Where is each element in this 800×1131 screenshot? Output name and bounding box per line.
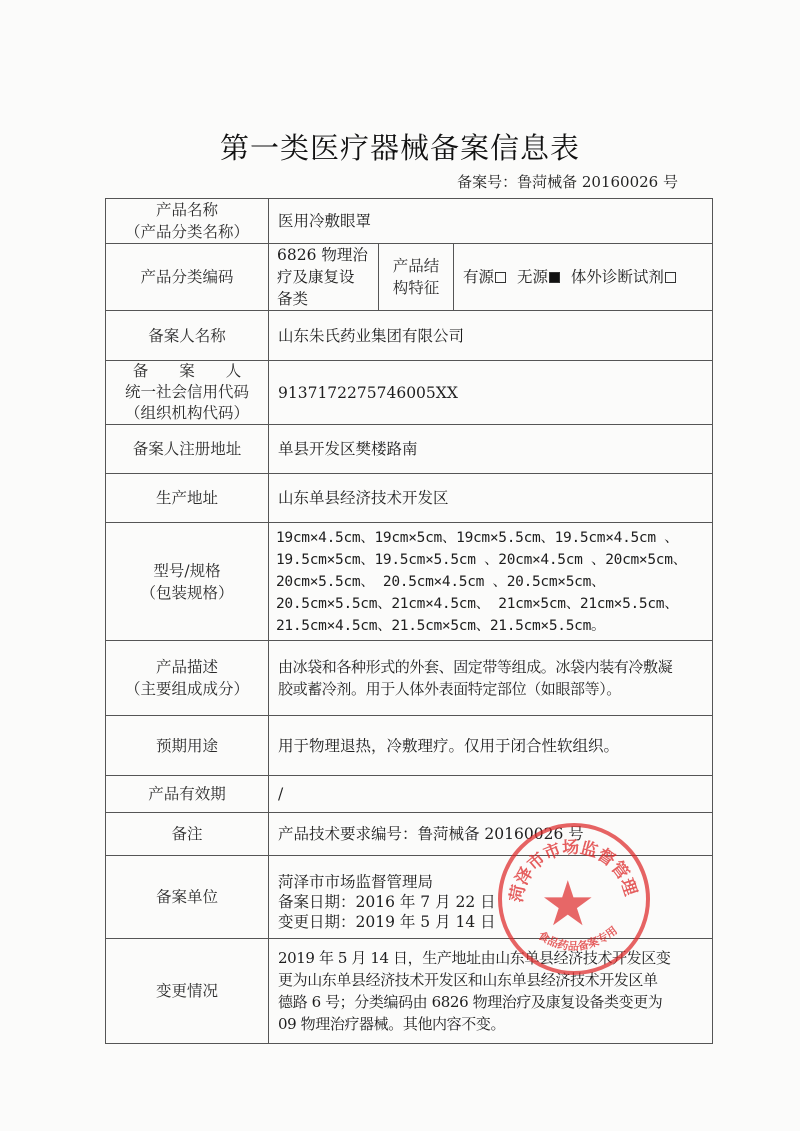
value-intended-use: 用于物理退热，冷敷理疗。仅用于闭合性软组织。 <box>269 716 713 776</box>
filing-date: 备案日期：2016 年 7 月 22 日 <box>278 892 706 912</box>
change-date: 变更日期：2019 年 5 月 14 日 <box>278 912 706 932</box>
option-active: 有源 <box>463 268 512 286</box>
label-model-spec: 型号/规格 （包装规格） <box>106 523 269 641</box>
checkbox-active <box>495 272 506 283</box>
row-credit-code: 备 案 人 统一社会信用代码 （组织机构代码） 9137172275746005… <box>106 361 713 425</box>
value-registered-address: 单县开发区樊楼路南 <box>269 425 713 474</box>
row-description: 产品描述 （主要组成成分） 由冰袋和各种形式的外套、固定带等组成。冰袋内装有冷敷… <box>106 641 713 716</box>
label-classification-code: 产品分类编码 <box>106 244 269 311</box>
row-intended-use: 预期用途 用于物理退热，冷敷理疗。仅用于闭合性软组织。 <box>106 716 713 776</box>
option-ivd: 体外诊断试剂 <box>571 268 682 286</box>
label-filing-unit: 备案单位 <box>106 856 269 939</box>
filing-authority: 菏泽市市场监督管理局 <box>278 872 706 892</box>
checkbox-passive-checked <box>549 272 560 283</box>
label-product-structure: 产品结 构特征 <box>379 244 454 311</box>
value-model-spec: 19cm×4.5cm、19cm×5cm、19cm×5.5cm、19.5cm×4.… <box>269 523 713 641</box>
label-intended-use: 预期用途 <box>106 716 269 776</box>
document-title: 第一类医疗器械备案信息表 <box>0 126 800 167</box>
label-remarks: 备注 <box>106 813 269 856</box>
label-validity: 产品有效期 <box>106 776 269 813</box>
row-product-name: 产品名称 （产品分类名称） 医用冷敷眼罩 <box>106 199 713 244</box>
value-credit-code: 9137172275746005XX <box>269 361 713 425</box>
value-remarks: 产品技术要求编号：鲁菏械备 20160026 号 <box>269 813 713 856</box>
value-classification-code: 6826 物理治 疗及康复设 备类 <box>269 244 379 311</box>
row-remarks: 备注 产品技术要求编号：鲁菏械备 20160026 号 <box>106 813 713 856</box>
value-change-info: 2019 年 5 月 14 日，生产地址由山东单县经济技术开发区变 更为山东单县… <box>269 939 713 1044</box>
label-change-info: 变更情况 <box>106 939 269 1044</box>
label-description: 产品描述 （主要组成成分） <box>106 641 269 716</box>
record-number: 备案号：鲁菏械备 20160026 号 <box>457 171 678 192</box>
row-classification-code: 产品分类编码 6826 物理治 疗及康复设 备类 产品结 构特征 有源 无源 体… <box>106 244 713 311</box>
option-passive: 无源 <box>517 268 566 286</box>
row-model-spec: 型号/规格 （包装规格） 19cm×4.5cm、19cm×5cm、19cm×5.… <box>106 523 713 641</box>
value-description: 由冰袋和各种形式的外套、固定带等组成。冰袋内装有冷敷凝 胶或蓄冷剂。用于人体外表… <box>269 641 713 716</box>
label-credit-code: 备 案 人 统一社会信用代码 （组织机构代码） <box>106 361 269 425</box>
filing-info-table: 产品名称 （产品分类名称） 医用冷敷眼罩 产品分类编码 6826 物理治 疗及康… <box>105 198 713 1044</box>
label-product-name: 产品名称 （产品分类名称） <box>106 199 269 244</box>
structure-options: 有源 无源 体外诊断试剂 <box>454 244 713 311</box>
label-registrant-name: 备案人名称 <box>106 311 269 361</box>
value-production-address: 山东单县经济技术开发区 <box>269 474 713 523</box>
row-registered-address: 备案人注册地址 单县开发区樊楼路南 <box>106 425 713 474</box>
value-validity: / <box>269 776 713 813</box>
label-registered-address: 备案人注册地址 <box>106 425 269 474</box>
value-filing-unit: 菏泽市市场监督管理局 备案日期：2016 年 7 月 22 日 变更日期：201… <box>269 856 713 939</box>
row-production-address: 生产地址 山东单县经济技术开发区 <box>106 474 713 523</box>
row-validity: 产品有效期 / <box>106 776 713 813</box>
row-filing-unit: 备案单位 菏泽市市场监督管理局 备案日期：2016 年 7 月 22 日 变更日… <box>106 856 713 939</box>
checkbox-ivd <box>665 272 676 283</box>
value-registrant-name: 山东朱氏药业集团有限公司 <box>269 311 713 361</box>
label-production-address: 生产地址 <box>106 474 269 523</box>
row-change-info: 变更情况 2019 年 5 月 14 日，生产地址由山东单县经济技术开发区变 更… <box>106 939 713 1044</box>
row-registrant-name: 备案人名称 山东朱氏药业集团有限公司 <box>106 311 713 361</box>
value-product-name: 医用冷敷眼罩 <box>269 199 713 244</box>
